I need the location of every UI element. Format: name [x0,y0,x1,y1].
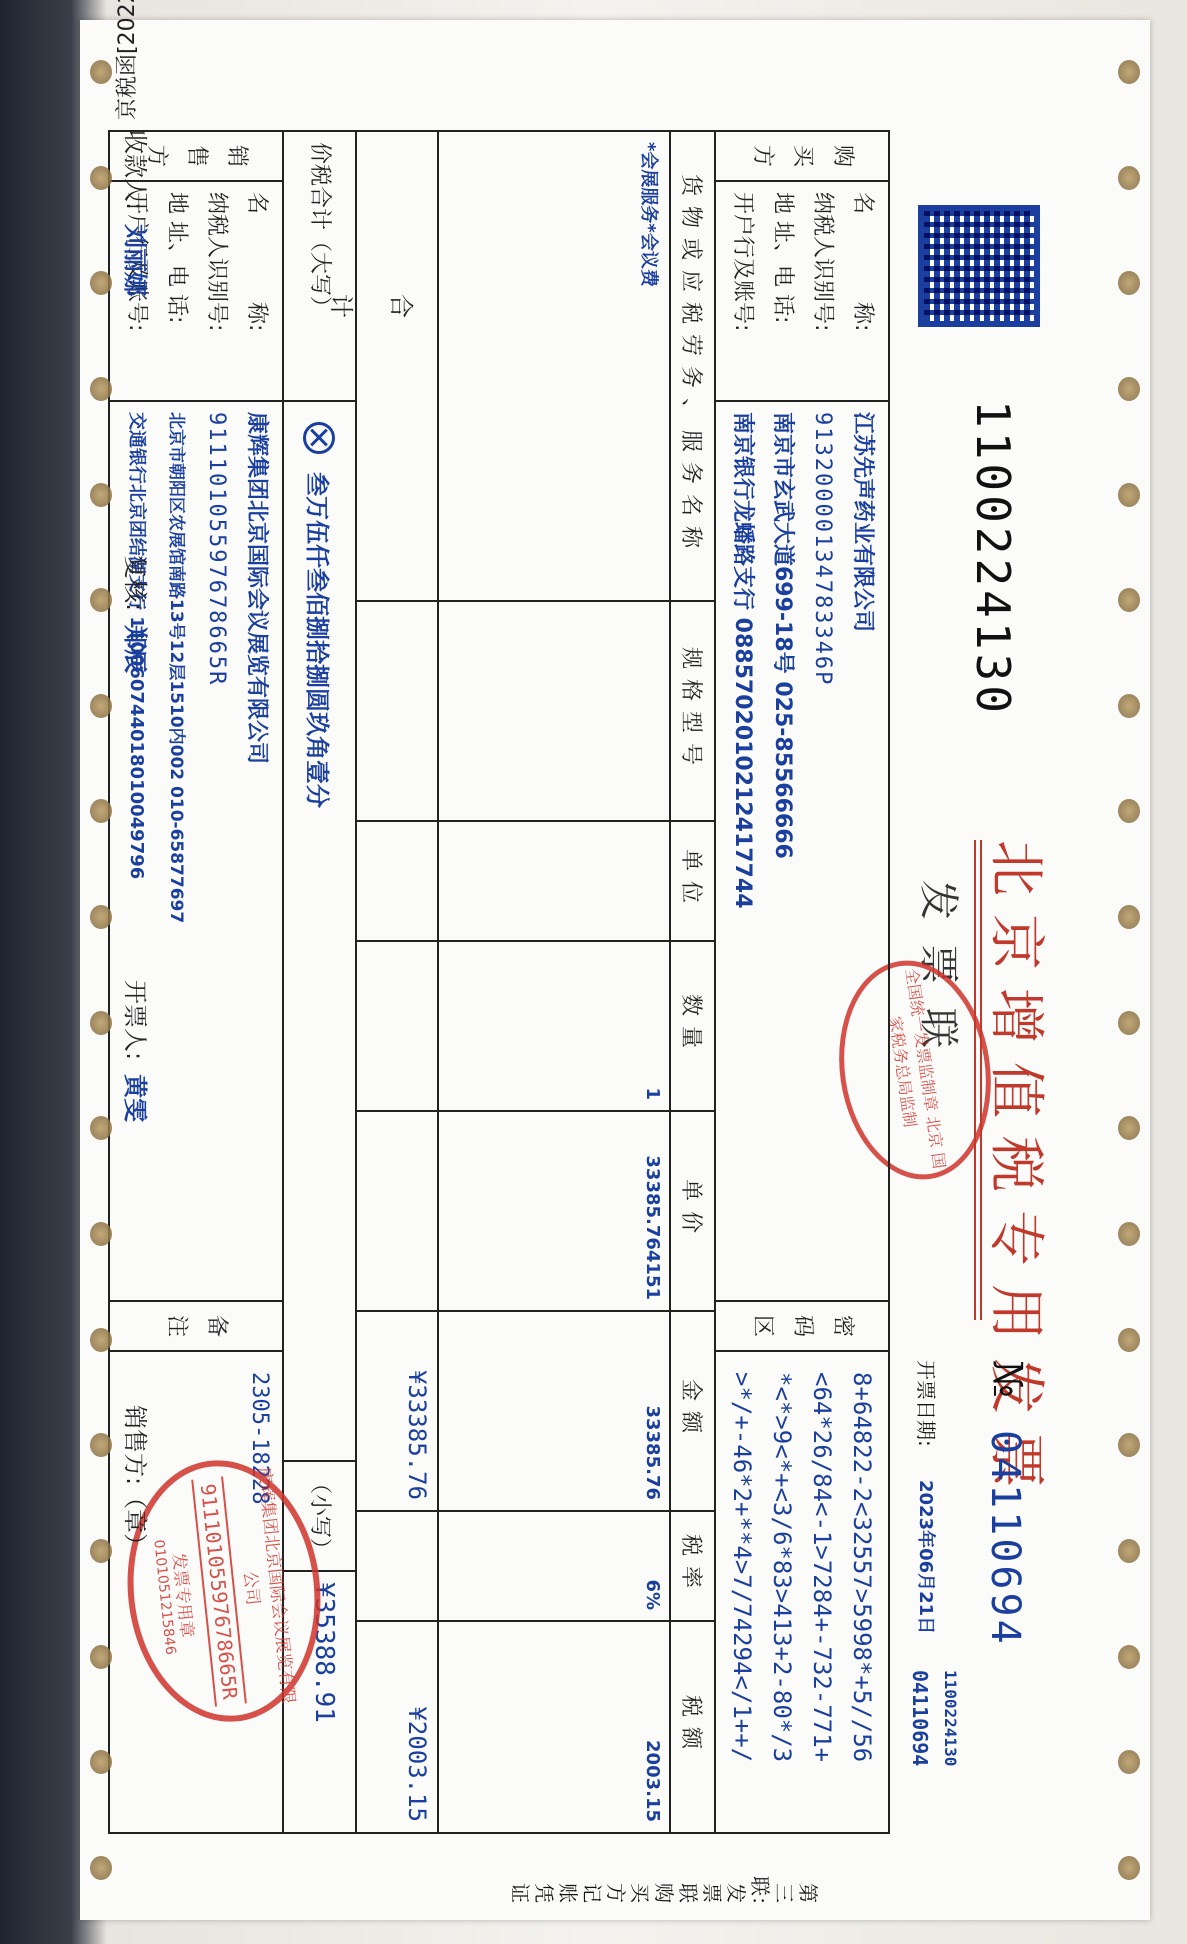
header-qty: 数量 [671,942,714,1112]
item-qty: 1 [439,942,669,1112]
feed-holes-bottom [90,60,112,1880]
header-tax-rate: 税率 [671,1512,714,1622]
buyer-tag: 购买方 [716,132,888,182]
seller-seal-label: 销售方:（章） [120,1405,155,1830]
invoice-code: 1100224130 [966,400,1020,717]
number-mark: № [984,1360,1030,1398]
buyer-name: 江苏先声药业有限公司 [842,412,882,1290]
sum-row: 合 计 ¥33385.76 ¥2003.15 [355,132,437,1832]
printer-note: 京税函[2022]222号 北京印钞有限公司 [110,0,141,120]
item-tax-rate: 6% [439,1512,669,1622]
invoice-number: 04110694 [982,1430,1028,1647]
invoice-footer: 收款人:刘丽娜 复核:郑辰 开票人:黄雯 销售方:（章） [120,130,155,1830]
sum-label: 合 计 [357,132,437,602]
feed-holes-top [1118,60,1140,1880]
seller-taxpayer-id: 91110105597678665R [196,412,236,1290]
header-spec: 规格型号 [671,602,714,822]
header-tax: 税额 [671,1622,714,1832]
issue-date: 2023年06月21日 [914,1480,940,1634]
item-unit [439,822,669,942]
sum-amount: ¥33385.76 [357,1312,437,1512]
item-spec [439,602,669,822]
reviewer: 复核:郑辰 [120,555,155,980]
buyer-values: 江苏先声药业有限公司 91320000134783346P 南京市玄武大道699… [716,402,888,1302]
invoice-header: 1100224130 北京增值税专用发票 发票联 全国统一发票监制章 北京 国家… [890,20,1110,1920]
total-in-words: 叁万伍仟叁佰捌拾捌圆玖角壹分 [284,402,355,1462]
cipher-tag: 密码区 [716,1302,888,1352]
item-name: *会展服务*会议费 [439,132,669,602]
header-item-name: 货物或应税劳务、服务名称 [671,132,714,602]
buyer-taxpayer-id: 91320000134783346P [802,412,842,1290]
drawer: 开票人:黄雯 [120,980,155,1405]
buyer-labels: 名 称:纳税人识别号:地 址、电 话:开户行及账号: [716,182,888,402]
corner-invoice-code: 1100224130 [941,1670,960,1766]
sum-tax: ¥2003.15 [357,1622,437,1832]
total-words-text: 叁万伍仟叁佰捌拾捌圆玖角壹分 [302,472,337,808]
circled-x-icon [304,422,336,454]
qr-code-icon [918,205,1040,327]
corner-invoice-number: 04110694 [908,1670,932,1766]
item-amount: 33385.76 [439,1312,669,1512]
table-row: *会展服务*会议费 1 33385.764151 33385.76 6% 200… [437,132,669,1832]
item-unit-price: 33385.764151 [439,1112,669,1312]
items-header: 货物或应税劳务、服务名称 规格型号 单位 数量 单价 金额 税率 税额 [669,132,714,1832]
header-unit: 单位 [671,822,714,942]
seller-address-phone: 北京市朝阳区农展馆南路13号12层1510内002 010-65877697 [156,412,196,1290]
copy-side-label: 第三联：发票联 购买方记账凭证 [508,1876,820,1910]
header-amount: 金额 [671,1312,714,1512]
buyer-row: 购买方 名 称:纳税人识别号:地 址、电 话:开户行及账号: 江苏先声药业有限公… [714,132,888,1832]
seller-name: 康辉集团北京国际会议展览有限公司 [236,412,276,1290]
total-label: 价税合计（大写） [284,132,355,402]
buyer-bank-account: 南京银行龙蟠路支行 0885702010212417744 [722,412,762,1290]
item-tax: 2003.15 [439,1622,669,1832]
invoice-title: 北京增值税专用发票 [980,840,1060,1506]
invoice-paper: 1100224130 北京增值税专用发票 发票联 全国统一发票监制章 北京 国家… [80,20,1150,1920]
buyer-address-phone: 南京市玄武大道699-18号 025-85566666 [762,412,802,1290]
header-unit-price: 单价 [671,1112,714,1312]
payee: 收款人:刘丽娜 [120,130,155,555]
vat-invoice: 1100224130 北京增值税专用发票 发票联 全国统一发票监制章 北京 国家… [80,20,1150,1920]
cipher-area: 8+64822-2<32557>5998*+5//56<64*26/84<-1>… [716,1352,888,1832]
issue-date-label: 开票日期: [913,1360,942,1447]
